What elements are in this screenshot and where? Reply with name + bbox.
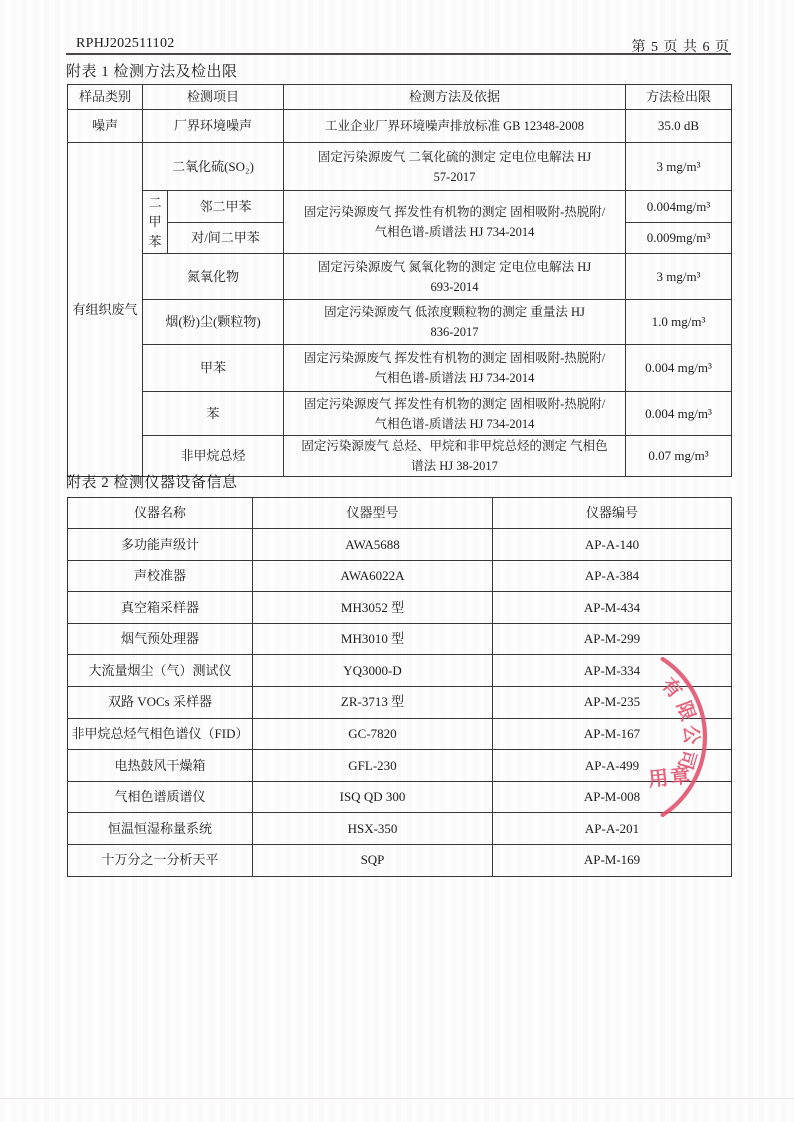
cell-model: AWA6022A	[253, 560, 493, 592]
detection-methods-table: 样品类别 检测项目 检测方法及依据 方法检出限 噪声 厂界环境噪声 工业企业厂界…	[67, 84, 732, 477]
cell-model: YQ3000-D	[253, 655, 493, 687]
report-number: RPHJ202511102	[76, 36, 175, 52]
cell-limit: 0.004 mg/m³	[626, 392, 732, 436]
table-row: 声校准器 AWA6022A AP-A-384	[68, 560, 732, 592]
cell-item: 对/间二甲苯	[168, 223, 284, 254]
table-row: 烟气预处理器 MH3010 型 AP-M-299	[68, 623, 732, 655]
cell-name: 多功能声级计	[68, 529, 253, 561]
table-row: 有组织废气 二氧化硫(SO₂) 固定污染源废气 二氧化硫的测定 定电位电解法 H…	[68, 143, 732, 191]
cell-name: 恒温恒湿称量系统	[68, 813, 253, 845]
header-sample-type: 样品类别	[68, 85, 143, 110]
cell-method: 固定污染源废气 氮氧化物的测定 定电位电解法 HJ 693-2014	[284, 254, 626, 300]
cell-method: 工业企业厂界环境噪声排放标准 GB 12348-2008	[284, 110, 626, 143]
table-row: 恒温恒湿称量系统 HSX-350 AP-A-201	[68, 813, 732, 845]
cell-limit: 0.004 mg/m³	[626, 345, 732, 392]
cell-limit: 0.07 mg/m³	[626, 436, 732, 477]
cell-serial: AP-M-008	[493, 781, 732, 813]
table-row: 多功能声级计 AWA5688 AP-A-140	[68, 529, 732, 561]
cell-group: 有组织废气	[68, 143, 143, 477]
cell-item: 厂界环境噪声	[143, 110, 284, 143]
table-row: 双路 VOCs 采样器 ZR-3713 型 AP-M-235	[68, 686, 732, 718]
cell-serial: AP-A-499	[493, 750, 732, 782]
header-instrument-serial: 仪器编号	[493, 498, 732, 529]
cell-method: 固定污染源废气 总烃、甲烷和非甲烷总烃的测定 气相色 谱法 HJ 38-2017	[284, 436, 626, 477]
table-row: 大流量烟尘（气）测试仪 YQ3000-D AP-M-334	[68, 655, 732, 687]
cell-serial: AP-M-235	[493, 686, 732, 718]
cell-serial: AP-A-140	[493, 529, 732, 561]
cell-item: 甲苯	[143, 345, 284, 392]
header-item: 检测项目	[143, 85, 284, 110]
cell-model: ZR-3713 型	[253, 686, 493, 718]
header-rule	[66, 53, 731, 55]
table-row: 电热鼓风干燥箱 GFL-230 AP-A-499	[68, 750, 732, 782]
cell-model: MH3052 型	[253, 592, 493, 624]
cell-method: 固定污染源废气 二氧化硫的测定 定电位电解法 HJ 57-2017	[284, 143, 626, 191]
table-row: 非甲烷总烃气相色谱仪（FID） GC-7820 AP-M-167	[68, 718, 732, 750]
cell-limit: 1.0 mg/m³	[626, 300, 732, 345]
cell-limit: 3 mg/m³	[626, 143, 732, 191]
cell-method: 固定污染源废气 低浓度颗粒物的测定 重量法 HJ 836-2017	[284, 300, 626, 345]
cell-serial: AP-M-299	[493, 623, 732, 655]
cell-name: 电热鼓风干燥箱	[68, 750, 253, 782]
cell-model: GC-7820	[253, 718, 493, 750]
table-header-row: 样品类别 检测项目 检测方法及依据 方法检出限	[68, 85, 732, 110]
cell-name: 大流量烟尘（气）测试仪	[68, 655, 253, 687]
scan-artifact-line	[0, 1098, 794, 1099]
cell-name: 十万分之一分析天平	[68, 844, 253, 876]
cell-item: 氮氧化物	[143, 254, 284, 300]
table-row: 氮氧化物 固定污染源废气 氮氧化物的测定 定电位电解法 HJ 693-2014 …	[68, 254, 732, 300]
cell-model: MH3010 型	[253, 623, 493, 655]
cell-model: GFL-230	[253, 750, 493, 782]
cell-item: 烟(粉)尘(颗粒物)	[143, 300, 284, 345]
header-instrument-name: 仪器名称	[68, 498, 253, 529]
cell-serial: AP-M-334	[493, 655, 732, 687]
header-instrument-model: 仪器型号	[253, 498, 493, 529]
document-page: RPHJ202511102 第 5 页 共 6 页 附表 1 检测方法及检出限 …	[0, 0, 794, 1122]
header-method: 检测方法及依据	[284, 85, 626, 110]
cell-method: 固定污染源废气 挥发性有机物的测定 固相吸附-热脱附/ 气相色谱-质谱法 HJ …	[284, 191, 626, 254]
cell-item: 二氧化硫(SO₂)	[143, 143, 284, 191]
table-row: 真空箱采样器 MH3052 型 AP-M-434	[68, 592, 732, 624]
cell-name: 气相色谱质谱仪	[68, 781, 253, 813]
cell-name: 双路 VOCs 采样器	[68, 686, 253, 718]
cell-limit: 0.004mg/m³	[626, 191, 732, 223]
table-row: 甲苯 固定污染源废气 挥发性有机物的测定 固相吸附-热脱附/ 气相色谱-质谱法 …	[68, 345, 732, 392]
table1-title: 附表 1 检测方法及检出限	[66, 60, 238, 81]
cell-serial: AP-M-169	[493, 844, 732, 876]
cell-serial: AP-A-201	[493, 813, 732, 845]
cell-name: 非甲烷总烃气相色谱仪（FID）	[68, 718, 253, 750]
instruments-table: 仪器名称 仪器型号 仪器编号 多功能声级计 AWA5688 AP-A-140 声…	[67, 497, 732, 877]
cell-model: AWA5688	[253, 529, 493, 561]
cell-limit: 3 mg/m³	[626, 254, 732, 300]
cell-serial: AP-A-384	[493, 560, 732, 592]
cell-limit: 35.0 dB	[626, 110, 732, 143]
table-header-row: 仪器名称 仪器型号 仪器编号	[68, 498, 732, 529]
table2-title: 附表 2 检测仪器设备信息	[66, 471, 238, 492]
cell-limit: 0.009mg/m³	[626, 223, 732, 254]
table-row: 气相色谱质谱仪 ISQ QD 300 AP-M-008	[68, 781, 732, 813]
cell-name: 声校准器	[68, 560, 253, 592]
table-row: 烟(粉)尘(颗粒物) 固定污染源废气 低浓度颗粒物的测定 重量法 HJ 836-…	[68, 300, 732, 345]
cell-model: HSX-350	[253, 813, 493, 845]
cell-method: 固定污染源废气 挥发性有机物的测定 固相吸附-热脱附/ 气相色谱-质谱法 HJ …	[284, 345, 626, 392]
header-limit: 方法检出限	[626, 85, 732, 110]
cell-item: 邻二甲苯	[168, 191, 284, 223]
cell-group: 噪声	[68, 110, 143, 143]
cell-item: 苯	[143, 392, 284, 436]
cell-name: 烟气预处理器	[68, 623, 253, 655]
cell-method: 固定污染源废气 挥发性有机物的测定 固相吸附-热脱附/ 气相色谱-质谱法 HJ …	[284, 392, 626, 436]
table-row: 二甲苯 邻二甲苯 固定污染源废气 挥发性有机物的测定 固相吸附-热脱附/ 气相色…	[68, 191, 732, 223]
cell-model: ISQ QD 300	[253, 781, 493, 813]
table-row: 苯 固定污染源废气 挥发性有机物的测定 固相吸附-热脱附/ 气相色谱-质谱法 H…	[68, 392, 732, 436]
cell-name: 真空箱采样器	[68, 592, 253, 624]
cell-serial: AP-M-434	[493, 592, 732, 624]
cell-serial: AP-M-167	[493, 718, 732, 750]
cell-subgroup-xylene: 二甲苯	[143, 191, 168, 254]
table-row: 十万分之一分析天平 SQP AP-M-169	[68, 844, 732, 876]
table-row: 噪声 厂界环境噪声 工业企业厂界环境噪声排放标准 GB 12348-2008 3…	[68, 110, 732, 143]
cell-model: SQP	[253, 844, 493, 876]
